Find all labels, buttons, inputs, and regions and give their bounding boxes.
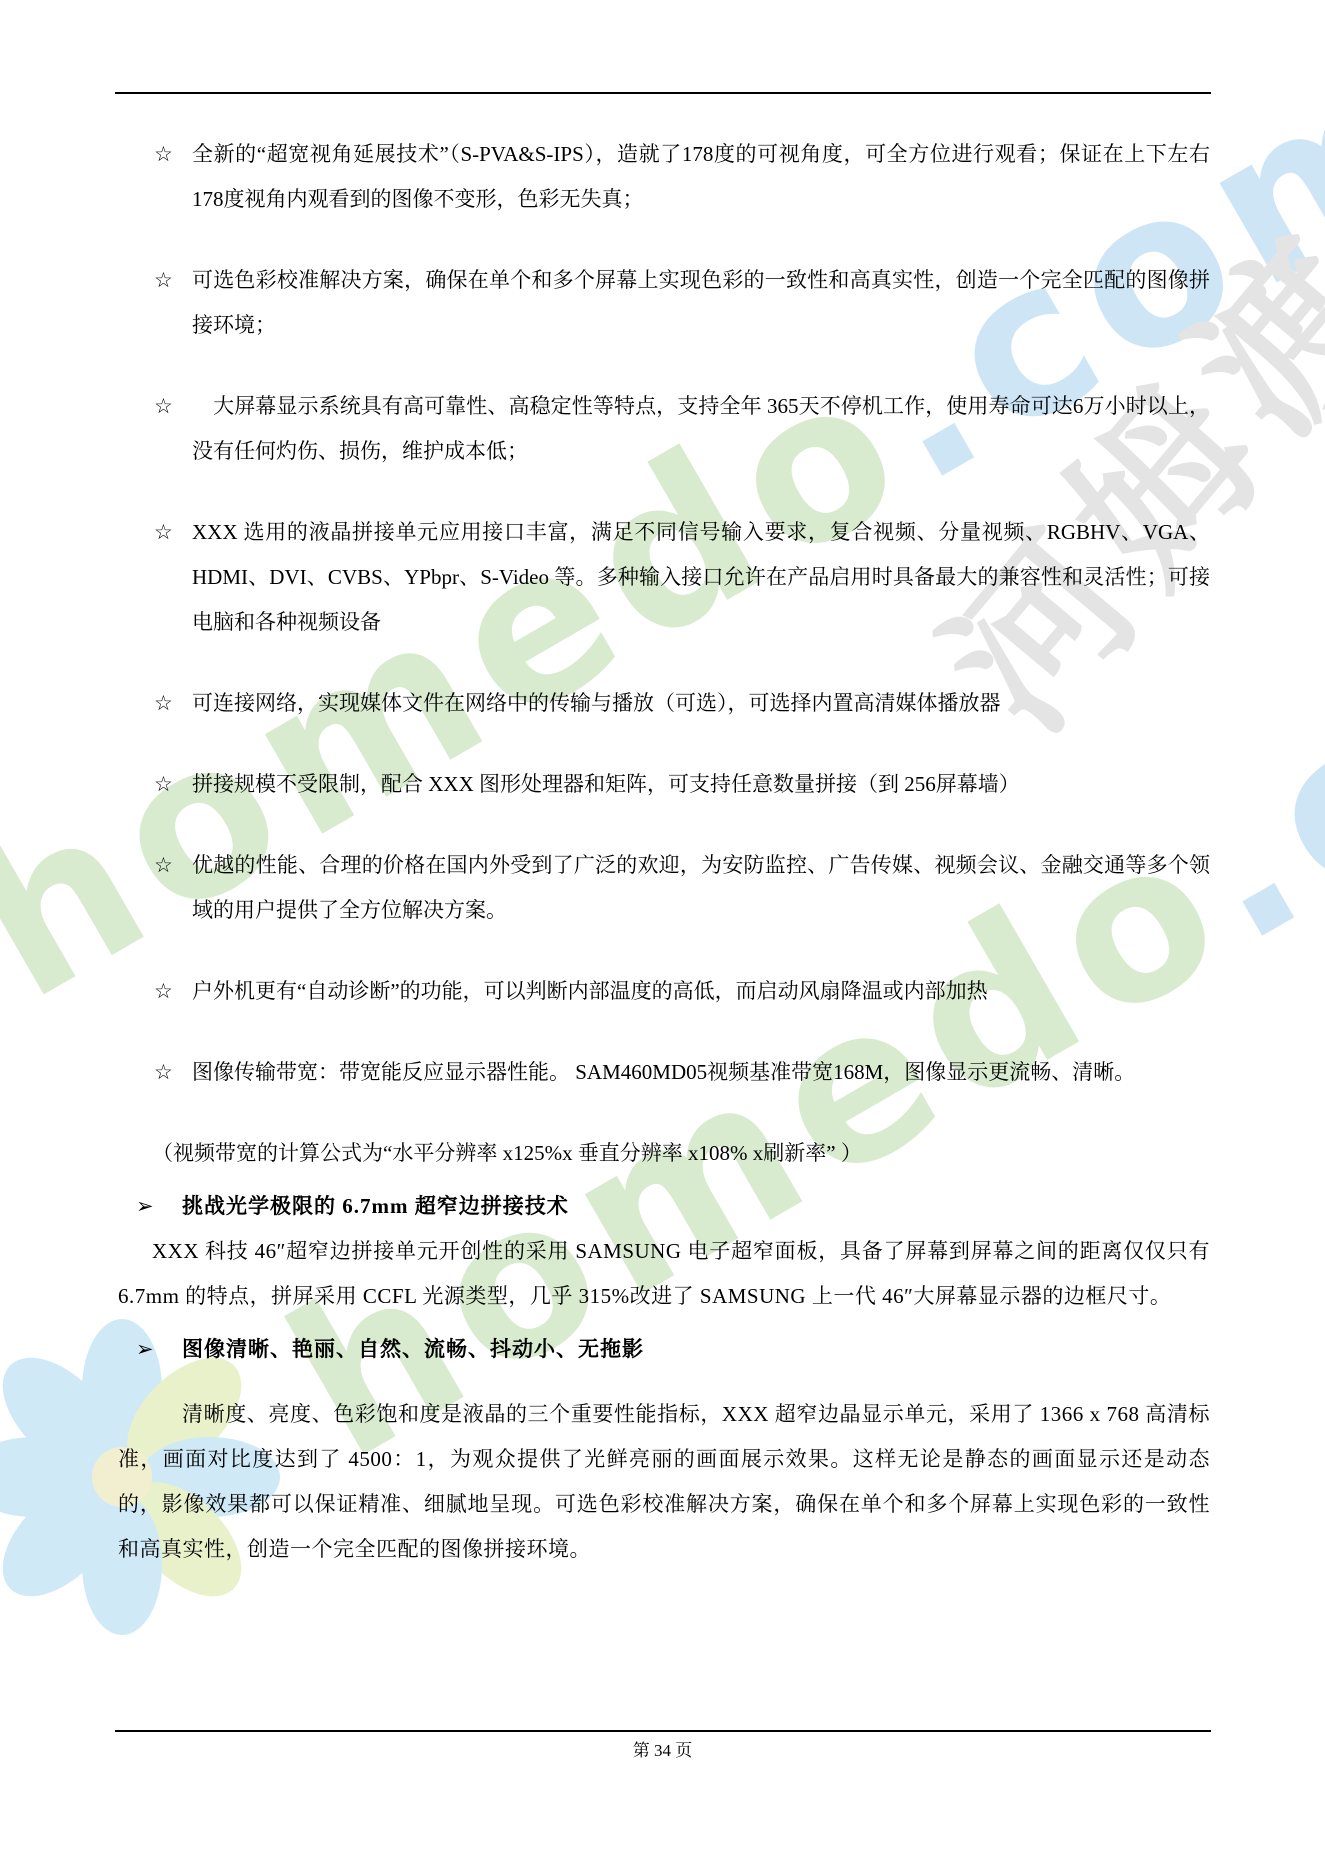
content-layer: ☆ 全新的“超宽视角延展技术”（S-PVA&S-IPS），造就了178度的可视角… — [0, 0, 1325, 1874]
bullet-text: 图像传输带宽：带宽能反应显示器性能。 SAM460MD05视频基准带宽168M，… — [192, 1050, 1210, 1095]
feature-bullet-8: ☆ 户外机更有“自动诊断”的功能，可以判断内部温度的高低，而启动风扇降温或内部加… — [118, 969, 1210, 1014]
arrow-bullet-icon: ➢ — [118, 1327, 182, 1372]
feature-bullet-9: ☆ 图像传输带宽：带宽能反应显示器性能。 SAM460MD05视频基准带宽168… — [118, 1050, 1210, 1095]
star-bullet-icon: ☆ — [118, 969, 192, 1014]
arrow-bullet-icon: ➢ — [118, 1184, 182, 1229]
bandwidth-formula-note: （视频带宽的计算公式为“水平分辨率 x125%x 垂直分辨率 x108% x刷新… — [118, 1131, 1210, 1176]
section-heading-1: ➢ 挑战光学极限的 6.7mm 超窄边拼接技术 — [118, 1184, 1210, 1229]
feature-bullet-3: ☆ 大屏幕显示系统具有高可靠性、高稳定性等特点，支持全年 365天不停机工作，使… — [118, 384, 1210, 474]
bullet-text: 可选色彩校准解决方案，确保在单个和多个屏幕上实现色彩的一致性和高真实性，创造一个… — [192, 258, 1210, 348]
document-page: homedo.com homedo.com 河姆渡 ☆ 全新的“超宽视角延展技术… — [0, 0, 1325, 1874]
bullet-text: 优越的性能、合理的价格在国内外受到了广泛的欢迎，为安防监控、广告传媒、视频会议、… — [192, 843, 1210, 933]
star-bullet-icon: ☆ — [118, 510, 192, 645]
feature-bullet-5: ☆ 可连接网络，实现媒体文件在网络中的传输与播放（可选），可选择内置高清媒体播放… — [118, 681, 1210, 726]
page-number: 第 34 页 — [0, 1736, 1325, 1761]
feature-bullet-4: ☆ XXX 选用的液晶拼接单元应用接口丰富，满足不同信号输入要求，复合视频、分量… — [118, 510, 1210, 645]
bullet-text: 拼接规模不受限制，配合 XXX 图形处理器和矩阵，可支持任意数量拼接（到 256… — [192, 762, 1210, 807]
star-bullet-icon: ☆ — [118, 762, 192, 807]
bullet-text: 全新的“超宽视角延展技术”（S-PVA&S-IPS），造就了178度的可视角度，… — [192, 132, 1210, 222]
header-rule — [115, 92, 1211, 94]
section-paragraph-1: XXX 科技 46″超窄边拼接单元开创性的采用 SAMSUNG 电子超窄面板，具… — [118, 1229, 1210, 1319]
section-heading-text: 图像清晰、艳丽、自然、流畅、抖动小、无拖影 — [182, 1327, 1210, 1372]
star-bullet-icon: ☆ — [118, 258, 192, 348]
star-bullet-icon: ☆ — [118, 843, 192, 933]
document-body: ☆ 全新的“超宽视角延展技术”（S-PVA&S-IPS），造就了178度的可视角… — [118, 132, 1210, 1572]
star-bullet-icon: ☆ — [118, 384, 192, 474]
feature-bullet-6: ☆ 拼接规模不受限制，配合 XXX 图形处理器和矩阵，可支持任意数量拼接（到 2… — [118, 762, 1210, 807]
bullet-text: 户外机更有“自动诊断”的功能，可以判断内部温度的高低，而启动风扇降温或内部加热 — [192, 969, 1210, 1014]
feature-bullet-1: ☆ 全新的“超宽视角延展技术”（S-PVA&S-IPS），造就了178度的可视角… — [118, 132, 1210, 222]
section-heading-text: 挑战光学极限的 6.7mm 超窄边拼接技术 — [182, 1184, 1210, 1229]
bullet-text: XXX 选用的液晶拼接单元应用接口丰富，满足不同信号输入要求，复合视频、分量视频… — [192, 510, 1210, 645]
footer-rule — [115, 1730, 1211, 1732]
feature-bullet-7: ☆ 优越的性能、合理的价格在国内外受到了广泛的欢迎，为安防监控、广告传媒、视频会… — [118, 843, 1210, 933]
section-paragraph-2: 清晰度、亮度、色彩饱和度是液晶的三个重要性能指标，XXX 超窄边晶显示单元，采用… — [118, 1392, 1210, 1572]
section-heading-2: ➢ 图像清晰、艳丽、自然、流畅、抖动小、无拖影 — [118, 1327, 1210, 1372]
star-bullet-icon: ☆ — [118, 681, 192, 726]
star-bullet-icon: ☆ — [118, 132, 192, 222]
bullet-text: 可连接网络，实现媒体文件在网络中的传输与播放（可选），可选择内置高清媒体播放器 — [192, 681, 1210, 726]
feature-bullet-2: ☆ 可选色彩校准解决方案，确保在单个和多个屏幕上实现色彩的一致性和高真实性，创造… — [118, 258, 1210, 348]
star-bullet-icon: ☆ — [118, 1050, 192, 1095]
bullet-text: 大屏幕显示系统具有高可靠性、高稳定性等特点，支持全年 365天不停机工作，使用寿… — [192, 384, 1210, 474]
